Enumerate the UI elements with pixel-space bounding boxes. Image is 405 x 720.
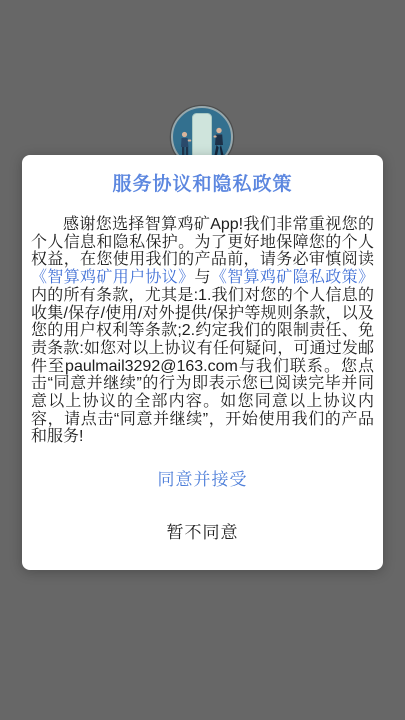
- disagree-button[interactable]: 暂不同意: [31, 523, 374, 542]
- agreement-conjunction: 与: [194, 269, 210, 286]
- agreement-intro: 感谢您选择智算鸡矿App!我们非常重视您的个人信息和隐私保护。为了更好地保障您的…: [31, 216, 374, 268]
- privacy-policy-link[interactable]: 《智算鸡矿隐私政策》: [211, 269, 374, 286]
- agree-button[interactable]: 同意并接受: [31, 470, 374, 489]
- dialog-title: 服务协议和隐私政策: [31, 174, 374, 196]
- agreement-rest: 内的所有条款，尤其是:1.我们对您的个人信息的收集/保存/使用/对外提供/保护等…: [31, 287, 374, 446]
- privacy-policy-dialog: 服务协议和隐私政策 感谢您选择智算鸡矿App!我们非常重视您的个人信息和隐私保护…: [22, 155, 383, 570]
- agreement-text: 感谢您选择智算鸡矿App!我们非常重视您的个人信息和隐私保护。为了更好地保障您的…: [31, 216, 374, 446]
- user-agreement-link[interactable]: 《智算鸡矿用户协议》: [31, 269, 194, 286]
